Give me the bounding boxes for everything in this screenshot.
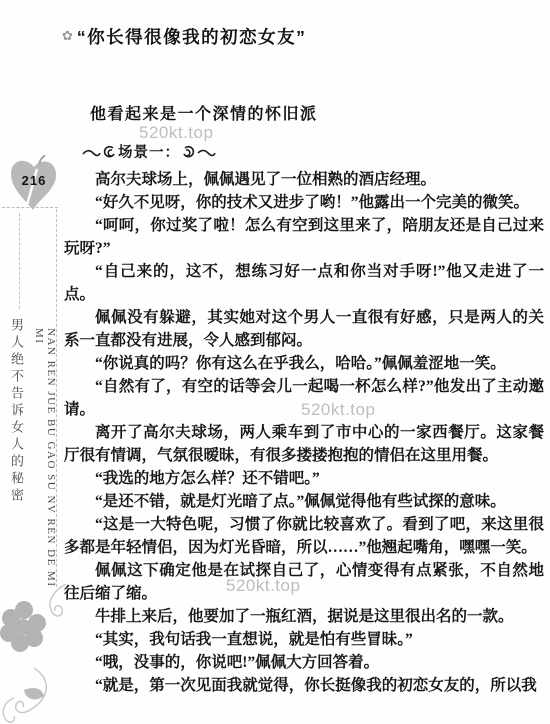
sidebar-book-title-cn: 男人绝不告诉女人的秘密 [7, 318, 26, 513]
body-paragraph: “就是，第一次见面我就觉得，你长挺像我的初恋女友的，所以我 [64, 674, 544, 697]
dashed-rule-vertical-short [19, 213, 20, 309]
corner-flower-decoration-icon [0, 582, 78, 724]
body-paragraph: “呵呵，你过奖了啦！怎么有空到这里来了，陪朋友还是自己过来玩呀?” [64, 214, 544, 260]
chapter-title-row: ✿ “你长得很像我的初恋女友” [62, 24, 306, 49]
dashed-rule-horizontal [2, 207, 58, 208]
body-paragraph: 离开了高尔夫球场，两人乘车到了市中心的一家西餐厅。这家餐厅很有情调，气氛很暧昧，… [64, 421, 544, 467]
watermark-text: 520kt.top [139, 123, 213, 143]
chapter-title: “你长得很像我的初恋女友” [77, 24, 307, 49]
body-paragraph: “哦，没事的，你说吧!”佩佩大方回答着。 [64, 651, 544, 674]
scene-left-swirl-icon [82, 144, 116, 160]
book-page: { "page": { "chapter_title": "“你长得很像我的初恋… [0, 0, 550, 724]
page-number: 216 [18, 173, 50, 188]
body-paragraph: “其实，我句话我一直想说，就是怕有些冒昧。” [64, 628, 544, 651]
scene-right-swirl-icon [182, 144, 216, 160]
body-paragraph: “好久不见呀，你的技术又进步了哟！”他露出一个完美的微笑。 [64, 191, 544, 214]
body-paragraph: 佩佩这下确定他是在试探自己了，心情变得有点紧张，不自然地往后缩了缩。 [64, 559, 544, 605]
body-paragraph: “自然有了，有空的话等会儿一起喝一杯怎么样?”他发出了主动邀请。 [64, 375, 544, 421]
body-paragraph: 牛排上来后，他要加了一瓶红酒，据说是这里很出名的一款。 [64, 605, 544, 628]
section-heading: 他看起来是一个深情的怀旧派 [90, 101, 318, 124]
scene-label: 场景一： [118, 141, 180, 162]
scene-marker: 场景一： [82, 141, 216, 162]
sidebar-book-title-pinyin: NAN REN JUE BU GAO SU NV REN DE MI MI [33, 328, 57, 598]
body-paragraph: “你说真的吗？你有这么在乎我么，哈哈。”佩佩羞涩地一笑。 [64, 352, 544, 375]
body-paragraph: “这是一大特色呢，习惯了你就比较喜欢了。看到了吧，来这里很多都是年轻情侣，因为灯… [64, 513, 544, 559]
body-paragraph: “是还不错，就是灯光暗了点。”佩佩觉得他有些试探的意味。 [64, 490, 544, 513]
body-paragraph: 高尔夫球场上，佩佩遇见了一位相熟的酒店经理。 [64, 168, 544, 191]
body-paragraph: “自己来的，这不，想练习好一点和你当对手呀!”他又走进了一点。 [64, 260, 544, 306]
body-paragraph: “我选的地方怎么样？还不错吧。” [64, 467, 544, 490]
flower-icon: ✿ [62, 30, 73, 43]
body-paragraph: 佩佩没有躲避，其实她对这个男人一直很有好感，只是两人的关系一直都没有进展，令人感… [64, 306, 544, 352]
body-text: 高尔夫球场上，佩佩遇见了一位相熟的酒店经理。“好久不见呀，你的技术又进步了哟！”… [64, 168, 544, 697]
